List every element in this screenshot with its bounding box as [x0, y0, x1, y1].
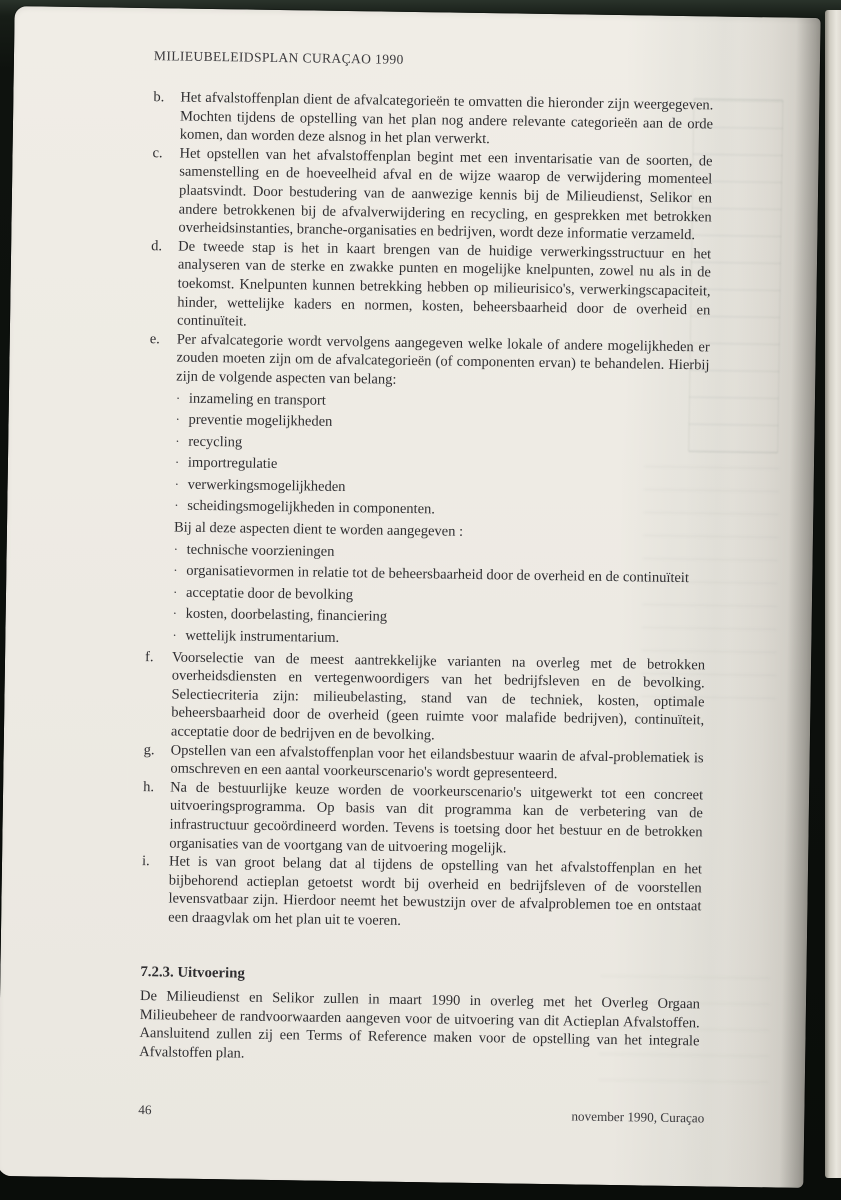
item-label: d. [150, 237, 178, 330]
item-text: Het is van groot belang dat al tijdens d… [168, 853, 702, 935]
bullet-icon: · [175, 411, 188, 430]
bullet-icon: · [174, 497, 187, 516]
bullet-icon: · [174, 540, 187, 559]
footer-imprint: november 1990, Curaçao [571, 1108, 704, 1126]
item-text: Voorselectie van de meest aantrekkelijke… [171, 648, 705, 749]
bullet-icon: · [173, 562, 186, 581]
bullet-list: ·inzameling en transport·preventie mogel… [174, 389, 709, 523]
list-item-h: h.Na de bestuurlijke keuze worden de voo… [142, 778, 703, 861]
item-body: Voorselectie van de meest aantrekkelijke… [171, 648, 705, 749]
item-text: Het afvalstoffenplan dient de afvalcateg… [180, 89, 714, 153]
running-header: MILIEUBELEIDSPLAN CURAÇAO 1990 [154, 49, 714, 71]
item-label: b. [153, 88, 181, 144]
item-text: Het opstellen van het afvalstoffenplan b… [178, 144, 712, 245]
bullet-icon: · [175, 475, 188, 494]
lettered-list: b.Het afvalstoffenplan dient de afvalcat… [141, 88, 713, 935]
section-7-2-3: 7.2.3. Uitvoering De Milieudienst en Sel… [139, 963, 700, 1070]
list-item-b: b.Het afvalstoffenplan dient de afvalcat… [153, 88, 714, 152]
item-text: Na de bestuurlijke keuze worden de voork… [169, 778, 703, 860]
item-body: De tweede stap is het in kaart brengen v… [177, 237, 711, 338]
bullet-icon: · [175, 454, 188, 473]
list-item-i: i.Het is van groot belang dat al tijdens… [141, 852, 702, 935]
page-number: 46 [138, 1102, 151, 1118]
bullet-icon: · [173, 583, 186, 602]
scanned-book-spread: MILIEUBELEIDSPLAN CURAÇAO 1990 b.Het afv… [0, 0, 841, 1200]
document-page: MILIEUBELEIDSPLAN CURAÇAO 1990 b.Het afv… [0, 6, 821, 1188]
list-item-f: f.Voorselectie van de meest aantrekkelij… [144, 648, 705, 749]
section-paragraph: De Milieudienst en Selikor zullen in maa… [139, 987, 700, 1070]
item-body: Per afvalcategorie wordt vervolgens aang… [172, 330, 710, 656]
item-label: g. [143, 741, 171, 779]
item-body: Het opstellen van het afvalstoffenplan b… [178, 144, 712, 245]
adjacent-page-edge [825, 10, 841, 1178]
item-label: f. [144, 648, 172, 741]
list-item-c: c.Het opstellen van het afvalstoffenplan… [151, 144, 712, 245]
bullet-icon: · [172, 627, 185, 646]
item-label: i. [141, 852, 169, 927]
item-text: De tweede stap is het in kaart brengen v… [177, 237, 711, 338]
list-item-d: d.De tweede stap is het in kaart brengen… [150, 237, 711, 338]
bullet-icon: · [175, 432, 188, 451]
item-label: h. [142, 778, 170, 853]
bullet-list: ·technische voorzieningen·organisatievor… [172, 540, 706, 653]
page-content: MILIEUBELEIDSPLAN CURAÇAO 1990 b.Het afv… [0, 6, 821, 1071]
item-label: c. [151, 144, 179, 237]
item-body: Het is van groot belang dat al tijdens d… [168, 853, 702, 935]
section-heading: 7.2.3. Uitvoering [140, 963, 700, 990]
page-footer: 46 november 1990, Curaçao [138, 1102, 704, 1126]
item-body: Het afvalstoffenplan dient de afvalcateg… [180, 89, 714, 153]
bullet-icon: · [176, 389, 189, 408]
list-item-e: e.Per afvalcategorie wordt vervolgens aa… [145, 330, 710, 656]
item-body: Na de bestuurlijke keuze worden de voork… [169, 778, 703, 860]
item-text: Per afvalcategorie wordt vervolgens aang… [176, 330, 710, 394]
bullet-icon: · [173, 605, 186, 624]
